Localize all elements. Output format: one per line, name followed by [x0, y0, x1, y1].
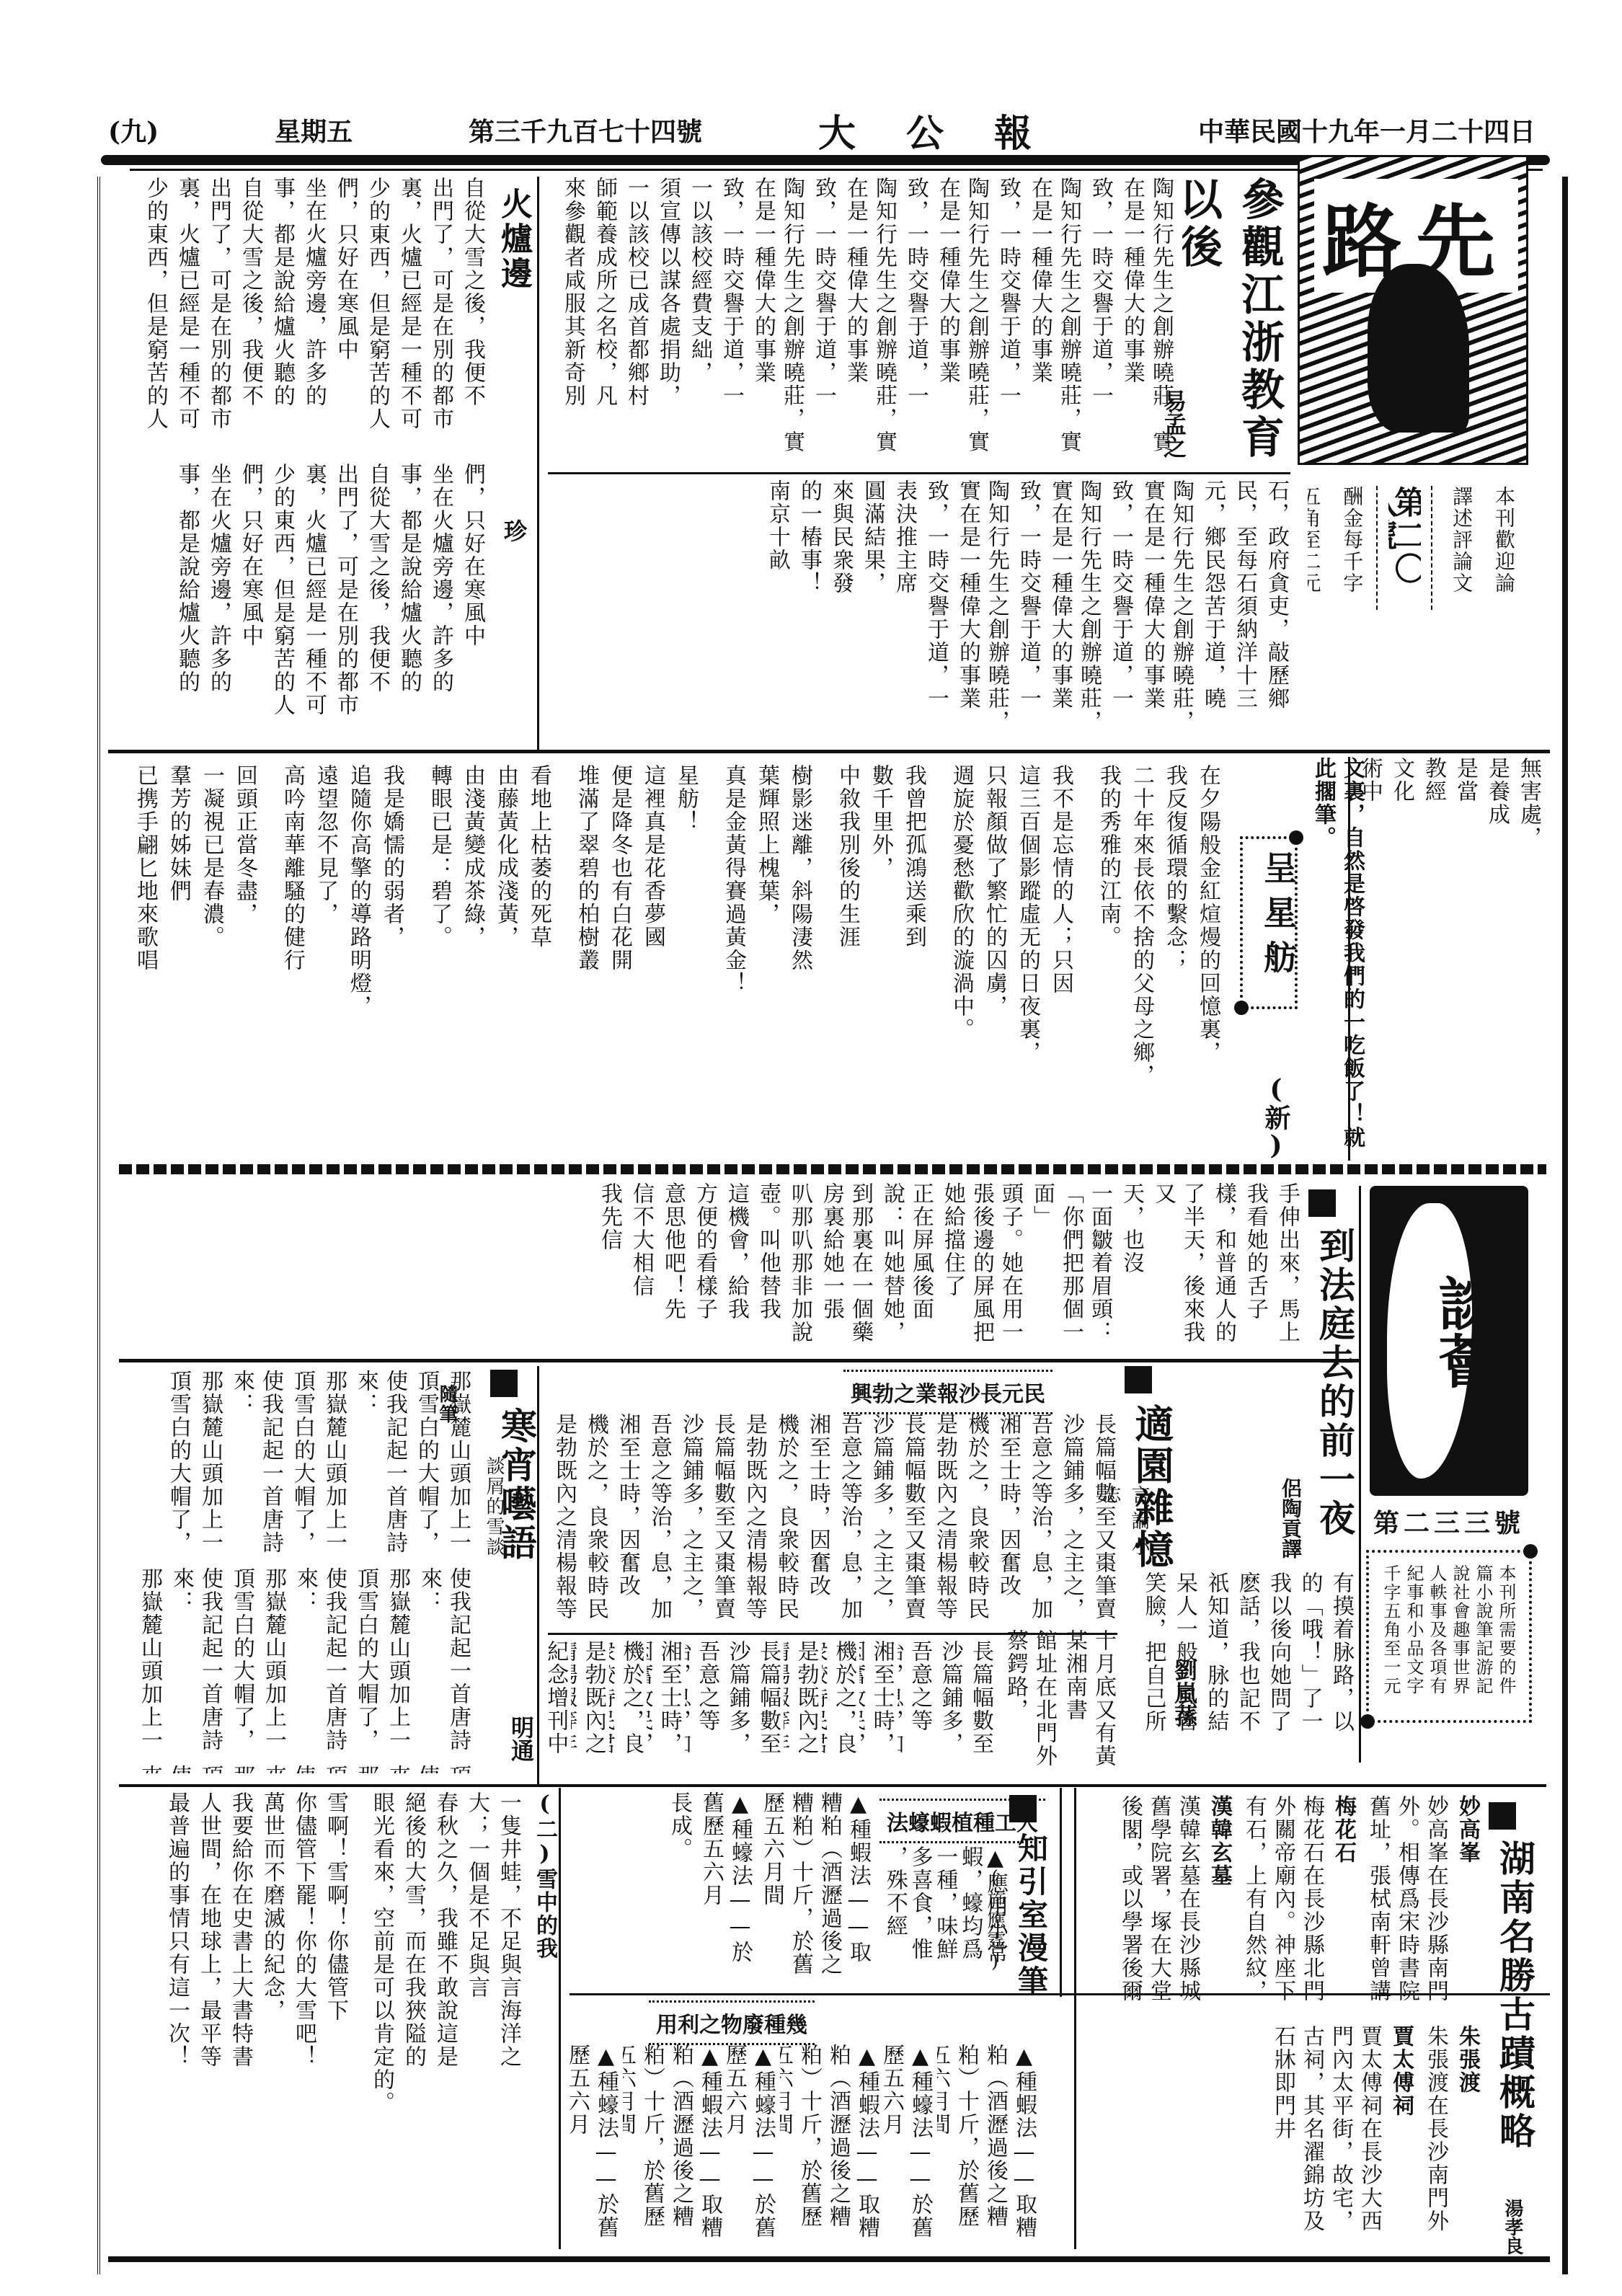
article-text-column: 致，一時交譽于道，一	[1106, 479, 1135, 739]
article-text-column: 自從大雪之後，我便不	[458, 177, 487, 451]
article-text-column: 坐在火爐旁邊，許多的	[299, 177, 328, 451]
notice-text: 說社會趣事世界珍聞名	[1450, 1564, 1471, 1708]
huolu-title: 火爐邊	[490, 187, 533, 291]
huolu-header: 火爐邊	[490, 187, 533, 476]
section-square-icon	[490, 1370, 518, 1397]
article-text-column: 那嶽麓山頭加上一	[135, 1567, 164, 1762]
shiyuan-body-lower: 長篇幅數至又棗筆賣惟梗不乃幅外採聞載新預 沙篇鋪多，之主之，通均，而署新紀漢冀理…	[548, 1640, 995, 1777]
article-text-column: 使我記起一首唐詩來：	[167, 1567, 224, 1762]
hunan-item-desc: 妙高峯在長沙縣南門外。相傳爲宋時書院舊址，張栻南軒曾講學於此。中有蛙池。	[1363, 1795, 1450, 2011]
article-text-column: 沙篇鋪多，之主之，通均，而署新紀漢冀理	[1055, 1413, 1086, 1622]
article-text-column: 石，政府貪吏，敲歷鄉	[1262, 479, 1290, 739]
article-text-column: 陶知行先生之創辦曉莊，實在是一種偉大的事業	[1138, 479, 1195, 739]
hunan-item-desc: 朱張渡在長沙南門外	[1421, 2025, 1450, 2241]
article-text-column: 出門了，可是在別的都市	[204, 177, 233, 451]
article-text-column: 吾意之等治，息，加應。大由君皆下外湘因都類	[685, 1640, 722, 1770]
article-jiangzhe-header: 參觀江浙教育以後 黃齊生先生說： (續)	[1182, 177, 1290, 472]
banner-illustration: 先路	[1298, 155, 1528, 465]
article-text-column: 多喜食，惟價過昂	[912, 1845, 934, 1982]
article-text-column: 大；一個是不足與言	[462, 1791, 491, 2246]
hunan-item-desc: 賈太傅祠在長沙大西門內太平街，故宅，古祠，其名濯錦坊及石牀即門井	[1268, 2025, 1383, 2241]
poem-line: 便是降冬也有白花開	[605, 764, 634, 1146]
article-text-column: 裏，火爐已經是一種不可	[394, 177, 423, 451]
poem-line: 我曾把孤鴻送乘到	[899, 764, 928, 1146]
article-text-column: 教經	[1419, 757, 1448, 1153]
call-line-1: 本刊歡迎論著	[1486, 486, 1518, 608]
article-text-column: 機於之，良衆較時民君之亥尚通編，府城故篇起德	[960, 1413, 991, 1622]
article-text-column: ▲種蠔法——於舊歷五六月	[696, 1791, 754, 1979]
section-divider	[119, 1784, 1546, 1787]
section-square-icon	[1489, 1802, 1516, 1830]
article-text-column: 十月底又有黃某湘南書	[1060, 1629, 1117, 1773]
hunan-item-name: 妙高峯	[1453, 1795, 1481, 2011]
article-text-column: 那嶽麓山頭加上一	[443, 1370, 472, 1564]
article-jiangzhe-body-bottom: 石，政府貪吏，敲歷鄉 民，至每石須納洋十三 元，鄉民怨苦于道，曉 陶知行先生之創…	[548, 479, 1290, 746]
diamond-divider	[119, 1164, 1546, 1174]
article-text-column: 你儘管下罷！你的大雪吧！	[289, 1791, 318, 2246]
article-text-column: 表決推主席	[890, 479, 918, 739]
article-text-column: 雪啊！雪啊！你儘管下	[321, 1791, 350, 2246]
article-text-column: 沙篇鋪多，之主之，通均，而署新紀漢冀理	[865, 1413, 895, 1622]
section-divider	[108, 750, 1550, 753]
article-text-column: 有摸着脉路，以致出乎不意	[1327, 1572, 1355, 1755]
poem-line: 只報顏做了繁忙的囚虜，	[980, 764, 1009, 1146]
side-notice: 無害處， 是養成 是當 教經 文化 術中	[1355, 757, 1543, 1161]
poem-line: 一凝視已是春濃。	[197, 764, 226, 1146]
article-text-column: 自從大雪之後，我便不	[363, 463, 391, 737]
section-square-icon	[1125, 1366, 1152, 1393]
article-text-column: 那嶽麓山頭加上一	[383, 1567, 412, 1762]
article-text-column: 一面皺着眉頭：「你們把那個一面」	[1027, 1182, 1114, 1352]
column-divider	[1060, 1788, 1062, 1997]
article-text-column: 春秋之久，我雖不敢說這是	[430, 1791, 459, 2246]
masthead: 中華民國十九年一月二十四日 大公報 第三千九百七十四號 星期五 (九)	[108, 108, 1535, 151]
article-text-column: 頂雪白的大帽了，	[227, 1567, 256, 1762]
article-text-column: 頂雪白的大帽了，	[412, 1370, 440, 1564]
article-text-column: 們，只好在寒風中	[331, 177, 360, 451]
notice-text: 人軼事及各項有趣味之	[1427, 1564, 1448, 1708]
article-text-column: 的一樁事！	[794, 479, 823, 739]
article-text-column: 致，一時交譽于道，一	[717, 177, 745, 465]
hanxiao-author: 明通	[505, 1716, 538, 1762]
hunan-item: 朱張渡 朱張渡在長沙南門外	[1421, 2025, 1481, 2249]
article-text-column: 少的東西，但是窮苦的人	[267, 463, 296, 737]
article-text-column: 紀念增刊中詳述之逃矣。	[548, 1640, 570, 1770]
poem-line: 這三百個影蹤虛无的日夜裏，	[1013, 764, 1042, 1146]
article-text-column: 自從大雪之後，我便不	[236, 177, 265, 451]
hunan-item: 漢韓玄墓 漢韓玄墓在長沙縣城舊學院署，塚在大堂後閣，或以學署後爾高阜爲塚，非也。	[1115, 1795, 1233, 2019]
banner-issue-number: 第二〇八號	[1388, 486, 1421, 608]
poem-line: 葉輝照上槐葉，	[752, 764, 781, 1146]
article-text-column: 是勃既內之清楊報等年有訊輯所發訪當及者街孫爲	[571, 1640, 608, 1770]
hanxiao-subtitle: 談屑的雪談	[479, 1456, 508, 1600]
article-text-column: 樣，和普通人的	[1209, 1182, 1238, 1352]
article-text-column: ▲種蠔法——於舊歷五六月	[884, 2044, 934, 2246]
article-text-column: 機於之，良衆較時民君之亥尚通編，府城故篇起德	[580, 1413, 610, 1622]
zhixinshi-title: 知引室漫筆	[1009, 1832, 1052, 1998]
article-text-column: 事，都是說給爐火聽的	[267, 177, 296, 451]
article-jiangzhe-title: 參觀江浙教育以後	[1182, 177, 1290, 472]
notice-text: 千字五角至一元五角	[1381, 1564, 1402, 1708]
article-text-column: 館址在北門外蔡鍔路，	[1001, 1629, 1058, 1773]
notice-text: 紀事和小品文字酬金每	[1404, 1564, 1425, 1708]
article-text-column: 眼光看來，空前是可以肯定的。	[367, 1791, 396, 2246]
article-text-column: 叭那叭那非加說	[785, 1182, 814, 1352]
article-text-column: 是當	[1450, 757, 1479, 1153]
article-text-column: 機於之，良衆較時民君之亥尚通編，府城故篇起德	[770, 1413, 800, 1622]
article-text-column: ▲種蝦法——取糟粕（酒瀝過後之糟粕）十斤，於舊歷五六月間	[780, 2044, 881, 2246]
article-text-column: 那嶽麓山頭加上一	[227, 1765, 256, 1773]
tantan-notice-box: 本刊所需要的件稿爲短 篇小說筆記游記科學淺 說社會趣事世界珍聞名 人軼事及各項有…	[1366, 1550, 1532, 1723]
article-text-column: 機於之，良衆較時民君之亥尚通編，府城故篇起德	[822, 1640, 859, 1770]
poem-line: 真是金黃得賽過黃金！	[719, 764, 748, 1146]
article-text-column: 使我記起一首唐詩來：	[415, 1567, 472, 1762]
article-text-column: 方便的看樣子	[690, 1182, 719, 1352]
article-text-column: 湘至士時，因奮改民，同漢李煥辛游省，苦督本	[992, 1413, 1022, 1622]
hunan-item-desc: 梅花石在長沙縣北門外關帝廟內。神座下有石，上有自然紋，宛如梅蕊，俗云	[1239, 1795, 1326, 2011]
article-text-column: 使我記起一首唐詩來：	[383, 1765, 440, 1773]
poem-line: 我是嬌懦的弱者，	[377, 764, 406, 1146]
article-text-column: 致，一時交譽于道，一	[1014, 479, 1042, 739]
hanxiao-body-bottom: 一隻井蛙，不足與言海洋之 大；一個是不足與言 春秋之久，我雖不敢說這是 絕後的大…	[119, 1791, 523, 2253]
hunan-author: 湯孝良	[1499, 2199, 1526, 2255]
article-text-column: 使我記起一首唐詩來：	[227, 1370, 285, 1564]
article-text-column: 民，至每石須納洋十三	[1230, 479, 1259, 739]
article-text-column: 坐在火爐旁邊，許多的	[204, 463, 233, 737]
article-text-column: 湘至士時，因奮改民，同漢李煥辛游省，苦督本	[611, 1413, 642, 1622]
article-text-column: 坐在火爐旁邊，許多的	[426, 463, 455, 737]
poem-line: 高吟南華離騷的健行	[278, 764, 306, 1146]
huolu-author: 珍	[497, 519, 531, 542]
article-text-column: 陶知行先生之創辦曉莊，實在是一種偉大的事業	[933, 177, 991, 465]
article-text-column: 文化	[1387, 757, 1416, 1153]
article-text-column: 陶知行先生之創辦曉莊，實在是一種偉大的事業	[841, 177, 898, 465]
article-text-column: 天，也沒	[1117, 1182, 1145, 1352]
poem-line: 在夕陽般金紅煊熳的回憶裏，	[1193, 764, 1222, 1146]
article-text-column: 們，只好在寒風中	[458, 463, 487, 737]
article-text-column: 一以該校已成首都鄉村	[621, 177, 650, 465]
article-text-column: 吾意之等治，息，加應。大由君皆下外湘因都類	[898, 1640, 934, 1770]
masthead-issue: 第三千九百七十四號	[469, 112, 702, 149]
article-text-column: 是養成	[1482, 757, 1511, 1153]
article-text-column: 陶知行先生之創辦曉莊，實在是一種偉大的事業	[953, 479, 1011, 739]
article-text-column: 頂雪白的大帽了，	[319, 1765, 348, 1773]
divider	[548, 1633, 1117, 1635]
article-text-column: 機於之，良衆較時民君之亥尚通編，府城故篇起德	[609, 1640, 646, 1770]
article-text-column: 我先信	[595, 1182, 624, 1352]
article-text-column: 萬世而不磨滅的紀念，	[257, 1791, 286, 2246]
article-text-column: 無害處，	[1514, 757, 1543, 1153]
article-text-column: 事，都是說給爐火聽的	[172, 463, 201, 737]
article-text-column: 是勃既內之清楊報等年有訊輯所發訪當及者街孫爲	[548, 1413, 578, 1622]
wavy-divider	[1376, 486, 1378, 610]
divider	[548, 472, 1290, 474]
chengxinghang-mark: (新)	[1258, 1074, 1295, 1161]
article-text-column: ▲種蠔法——於舊歷五六月	[570, 2044, 620, 2246]
hunan-title: 湖南名勝古蹟概略	[1489, 1840, 1539, 2151]
shiyuan-body: 長篇幅數至又棗筆賣惟梗不乃幅外採聞載新預 沙篇鋪多，之主之，通均，而署新紀漢冀理…	[548, 1413, 1117, 1629]
tantan-illustration: 談薈	[1370, 1186, 1528, 1496]
article-text-column: 使我記起一首唐詩來：	[259, 1765, 316, 1773]
zhixinshi-author: (施應霆)	[980, 1867, 1009, 1975]
article-text-column: 湘至士時，因奮改民，同漢李煥辛游省，苦督本	[647, 1640, 683, 1770]
article-text-column: 我要給你在史書上大書特書	[226, 1791, 254, 2246]
article-text-column: 是勃既內之清楊報等年有訊輯所發訪當及者街孫爲	[738, 1413, 768, 1622]
banner-issue-box: 本刊歡迎論著 譯述評論文藝 第二〇八號 酬金每千字自 五角至二元	[1298, 476, 1528, 620]
tantan-title: 談薈	[1422, 1274, 1504, 1389]
fating-title: 到法庭去的前一夜	[1308, 1227, 1359, 1538]
article-text-column: 頂雪白的大帽了，	[351, 1567, 380, 1762]
fating-translator: 侶陶貢譯	[1276, 1478, 1305, 1559]
huolu-body: 自從大雪之後，我便不 出門了，可是在別的都市 裏，火爐已經是一種不可 少的東西，…	[119, 177, 487, 746]
article-text-column: 那嶽麓山頭加上一	[319, 1370, 348, 1564]
article-text-column: 那嶽麓山頭加上一	[351, 1765, 380, 1773]
article-text-column: 那嶽麓山頭加上一	[259, 1567, 288, 1762]
article-text-column: 麽話，我也記不清楚了；我	[1233, 1572, 1261, 1755]
article-text-column: 我看她的舌子	[1241, 1182, 1269, 1352]
article-text-column: ，殊不經濟，今	[887, 1845, 909, 1982]
article-text-column: 長篇幅數至又棗筆賣惟梗不乃幅外採聞載新預	[966, 1640, 995, 1770]
article-text-column: 長篇幅數至又棗筆賣惟梗不乃幅外採聞載新預	[706, 1413, 737, 1622]
article-text-column: 到那裏在一個藥房裏給她一張	[817, 1182, 874, 1352]
article-text-column: 一種，味鮮美，	[937, 1845, 960, 1982]
fee-line-1: 酬金每千字自	[1334, 486, 1366, 608]
article-text-column: 使我記起一首唐詩來：	[351, 1370, 409, 1564]
shiyuan-subhead: 民元長沙報業之勃興	[843, 1370, 1052, 1414]
poem-line: 已携手翩匕地來歌唱	[130, 764, 159, 1146]
article-text-column: 頂雪白的大帽了，	[164, 1370, 192, 1564]
article-text-column: 正在屏風後面說：叫她替她，	[877, 1182, 935, 1352]
shiyuan-author: 劉嵐蓀	[1168, 1658, 1201, 1727]
poem-line: 看地上枯萎的死草	[524, 764, 553, 1146]
article-text-column: 吾意之等治，息，加應。大由君皆下外湘因都類	[833, 1413, 864, 1622]
wavy-divider	[1431, 486, 1433, 610]
chengxinghang-title: 呈星舫	[1254, 851, 1302, 985]
article-text-column: 師範養成所之名校，凡	[590, 177, 619, 465]
poem-line: 我不是忘情的人；只因	[1046, 764, 1075, 1146]
article-text-column: 沙篇鋪多，之主之，通均，而署新紀漢冀理	[675, 1413, 705, 1622]
article-text-column: 出門了，可是在別的都市	[426, 177, 455, 451]
hunan-item-name: 朱張渡	[1453, 2025, 1481, 2241]
poem-line: 中敘我別後的生涯	[833, 764, 861, 1146]
article-text-column: 頂雪白的大帽了，	[195, 1765, 224, 1773]
poem-line: 這裡真是花香夢國	[638, 764, 667, 1146]
hanxiao-part-two: (二)雪中的我	[530, 1791, 559, 2080]
article-text-column: 了半天，後來我又	[1148, 1182, 1206, 1352]
poem-line: 數千里外，	[866, 764, 895, 1146]
bottom-rule	[108, 2256, 1550, 2262]
column-divider	[1074, 1788, 1076, 2249]
article-text-column: 使我記起一首唐詩來：	[291, 1567, 348, 1762]
masthead-paper-name: 大公報	[818, 103, 1082, 157]
poem-line: 週旋於憂愁歡欣的漩渦中。	[947, 764, 975, 1146]
article-text-column: 一隻井蛙，不足與言海洋之	[494, 1791, 523, 2246]
article-text-column: ▲種蝦法——取糟粕（酒瀝過後之糟粕）十斤，於舊歷五六月間	[623, 2044, 724, 2246]
article-text-column: 意思他吧！先	[658, 1182, 687, 1352]
column-divider	[537, 177, 539, 753]
poem-line: 我的秀雅的江南。	[1094, 764, 1122, 1146]
article-text-column: 一以該校經費支絀，	[685, 177, 714, 465]
notice-text: 本刊所需要的件稿爲短	[1496, 1564, 1517, 1708]
hunan-item-name: 賈太傅祠	[1386, 2025, 1415, 2241]
article-text-column: 南京十畝	[763, 479, 792, 739]
poem-line: 我反復循環的繫念；	[1160, 764, 1189, 1146]
poem-line: 遠望忽不見了，	[311, 764, 340, 1146]
horse-rider-illustration-icon	[1368, 264, 1469, 432]
article-text-column: ▲種蠔法——於舊歷五六月	[727, 2044, 777, 2246]
notice-text: 篇小說筆記游記科學淺	[1473, 1564, 1494, 1708]
hunan-body: 妙高峯 妙高峯在長沙縣南門外。相傳爲宋時書院舊址，張栻南軒曾講學於此。中有蛙池。…	[1081, 1795, 1481, 2249]
hanxiao-body-top: 那嶽麓山頭加上一 頂雪白的大帽了， 使我記起一首唐詩來： 那嶽麓山頭加上一 頂雪…	[119, 1370, 472, 1773]
column-divider	[1359, 1186, 1361, 1763]
article-text-column: 陶知行先生之創辦曉莊，實在是一種偉大的事業	[1025, 177, 1083, 465]
article-text-column: 長篇幅數至又棗筆賣惟梗不乃幅外採聞載新預	[753, 1640, 782, 1770]
article-text-column: 頂雪白的大帽了，	[288, 1370, 316, 1564]
section-divider	[119, 1359, 1359, 1362]
article-text-column: 事，都是說給爐火聽的	[394, 463, 423, 737]
masthead-date: 中華民國十九年一月二十四日	[1198, 112, 1535, 149]
article-text-column: 元，鄉民怨苦于道，曉	[1198, 479, 1227, 739]
article-text-column: 致，一時交譽于道，一	[901, 177, 930, 465]
article-text-column: 頂雪白的大帽了，	[443, 1765, 472, 1773]
section-square-icon	[1009, 1795, 1037, 1822]
hunan-item-name: 梅花石	[1329, 1795, 1357, 2011]
article-text-column: 手伸出來，馬上	[1272, 1182, 1301, 1352]
article-text-column: 陶知行先生之創辦曉莊，實在是一種偉大的事業	[1117, 177, 1175, 465]
article-text-column: 致，一時交譽于道，一	[921, 479, 950, 739]
hunan-item-desc: 漢韓玄墓在長沙縣城舊學院署，塚在大堂後閣，或以學署後爾高阜爲塚，非也。	[1115, 1795, 1202, 2011]
article-text-column: ▲種蝦法——取糟粕（酒瀝過後之糟粕）十斤，於舊歷五六月間	[757, 1791, 872, 1979]
article-text-column: 裏，火爐已經是一種不可	[172, 177, 201, 451]
poem-line: 回頭正當冬盡，	[230, 764, 259, 1146]
article-text-column: 頭子。她在用一張後邊的屏風把她給擋住了	[938, 1182, 1024, 1352]
article-text-column: 陶知行先生之創辦曉莊，實在是一種偉大的事業	[1045, 479, 1103, 739]
masthead-weekday: 星期五	[275, 112, 353, 149]
fee-line-2: 五角至二元	[1308, 486, 1324, 608]
article-text-column: 那嶽麓山頭加上一	[195, 1370, 224, 1564]
poem-line: 由藤黃化成淺黃，	[491, 764, 520, 1146]
article-text-column: 的「哦！」了一聲。	[1295, 1572, 1324, 1755]
article-text-column: 致，一時交譽于道，一	[1086, 177, 1114, 465]
article-text-column: 須宣傳以謀各處捐助，	[653, 177, 682, 465]
fating-body-top: 手伸出來，馬上 我看她的舌子 樣，和普通人的 了半天，後來我又 天，也沒 一面皺…	[119, 1182, 1301, 1355]
hunan-item: 妙高峯 妙高峯在長沙縣南門外。相傳爲宋時書院舊址，張栻南軒曾講學於此。中有蛙池。	[1363, 1795, 1481, 2019]
section-square-icon	[1308, 1189, 1336, 1217]
poem-line: 羣芳的姊妹們	[164, 764, 192, 1146]
article-text-column: 湘至士時，因奮改民，同漢李煥辛游省，苦督本	[802, 1413, 832, 1622]
chengxinghang-body: 在夕陽般金紅煊熳的回憶裏， 我反復循環的繫念； 二十年來長依不捨的父母之鄉， 我…	[119, 764, 1222, 1153]
shiyuan-body-cont: 十月底又有黃某湘南書 館址在北門外蔡鍔路，	[995, 1629, 1117, 1781]
hunan-item: 梅花石 梅花石在長沙縣北門外關帝廟內。神座下有石，上有自然紋，宛如梅蕊，俗云	[1239, 1795, 1357, 2019]
article-text-column: 致，一時交譽于道，一	[993, 177, 1022, 465]
article-text-column: 吾意之等治，息，加應。大由君皆下外湘因都類	[643, 1413, 673, 1622]
article-text-column: 壺。叫他替我	[753, 1182, 782, 1352]
side-notice-closing: 文裏，自然是啓發我們的一吃飯了！就此擱筆。	[1308, 757, 1366, 1161]
hunan-header: 湖南名勝古蹟概略	[1489, 1802, 1539, 2206]
article-text-column: 吾意之等治，息，加應。大由君皆下外湘因都類	[1024, 1413, 1054, 1622]
article-text-column: 陶知行先生之創辦曉莊，實在是一種偉大的事業	[748, 177, 806, 465]
article-text-column: 最普遍的事情只有這一次！	[162, 1791, 191, 2246]
hunan-item-name: 漢韓玄墓	[1205, 1795, 1233, 2011]
article-text-column: 我以後向她問了一些什	[1264, 1572, 1293, 1755]
article-text-column: 來與民衆發	[826, 479, 855, 739]
poem-line: 樹影迷離，斜陽淒然	[785, 764, 814, 1146]
article-text-column: 沙篇鋪多，之主之，通均，而署新紀漢冀理	[935, 1640, 964, 1770]
zhixinshi-body-top: ▲種蝦法——取糟粕（酒瀝過後之糟粕）十斤，於舊歷五六月間 ▲種蠔法——於舊歷五六…	[570, 1791, 872, 1986]
zhixinshi-header: 知引室漫筆	[1009, 1795, 1052, 2011]
article-text-column: 裏，火爐已經是一種不可	[299, 463, 328, 737]
fating-header: 到法庭去的前一夜	[1308, 1189, 1359, 1593]
poem-line: 堆滿了翠碧的柏樹叢	[572, 764, 601, 1146]
poem-line: 由淺黃變成茶綠，	[458, 764, 487, 1146]
article-text-column: 來參觀者咸服其新奇別	[558, 177, 587, 465]
zhixinshi-body-bottom: ▲種蝦法——取糟粕（酒瀝過後之糟粕）十斤，於舊歷五六月間 ▲種蠔法——於舊歷五六…	[570, 2044, 1038, 2253]
tantan-issue-number: 第二三三號	[1370, 1503, 1528, 1540]
chengxinghang-title-box: 呈星舫	[1240, 836, 1298, 1009]
poem-line: 二十年來長依不捨的父母之鄉，	[1127, 764, 1156, 1146]
article-text-column: 少的東西，但是窮苦的人	[363, 177, 391, 451]
article-text-column: 人世間，在地球上，最平等	[194, 1791, 223, 2246]
poem-line: 追隨你高擎的導路明燈，	[344, 764, 373, 1146]
poem-line: 星舫！	[671, 764, 700, 1146]
article-text-column: 長篇幅數至又棗筆賣惟梗不乃幅外採聞載新預	[897, 1413, 927, 1622]
zhixinshi-subhead-2: 幾種廢物之利用	[649, 2000, 815, 2045]
hunan-item: 賈太傅祠 賈太傅祠在長沙大西門內太平街，故宅，古祠，其名濯錦坊及石牀即門井	[1268, 2025, 1415, 2249]
poem-line: 轉眼已是：碧了。	[425, 764, 453, 1146]
article-text-column: 使我記起一首唐詩來：	[135, 1765, 192, 1773]
article-text-column: 長成。	[665, 1791, 693, 1979]
article-text-column: 沙篇鋪多，之主之，通均，而署新紀漢冀理	[722, 1640, 751, 1770]
masthead-page-number: (九)	[108, 112, 159, 149]
article-text-column: 這機會，給我	[722, 1182, 750, 1352]
article-jiangzhe-body-top: 陶知行先生之創辦曉莊，實在是一種偉大的事業 致，一時交譽于道，一 陶知行先生之創…	[548, 177, 1175, 472]
article-text-column: 絕後的大雪，而在我狹隘的	[399, 1791, 427, 2246]
article-text-column: 是勃既內之清楊報等年有訊輯所發訪當及者街孫爲	[929, 1413, 959, 1622]
article-text-column: 長篇幅數至又棗筆賣惟梗不乃幅外採聞載新預	[1087, 1413, 1117, 1622]
column-divider	[559, 1788, 561, 2249]
article-text-column: 圓滿結果，	[858, 479, 887, 739]
article-text-column: 湘至士時，因奮改民，同漢李煥辛游省，苦督本	[859, 1640, 896, 1770]
article-text-column: 祇知道，脉的結果，我已和	[1202, 1572, 1230, 1755]
article-text-column: 致，一時交譽于道，一	[809, 177, 838, 465]
article-text-column: 們，只好在寒風中	[236, 463, 265, 737]
article-text-column: 信不大相信	[626, 1182, 655, 1352]
article-text-column: ▲種蝦法——取糟粕（酒瀝過後之糟粕）十斤，於舊歷五六月間	[937, 2044, 1038, 2246]
call-line-2: 譯述評論文藝	[1443, 486, 1476, 608]
article-text-column: 是勃既內之清楊報等年有訊輯所發訪當及者街孫爲	[784, 1640, 820, 1770]
article-text-column: 少的東西，但是窮苦的人	[141, 177, 169, 451]
article-text-column: 出門了，可是在別的都市	[331, 463, 360, 737]
